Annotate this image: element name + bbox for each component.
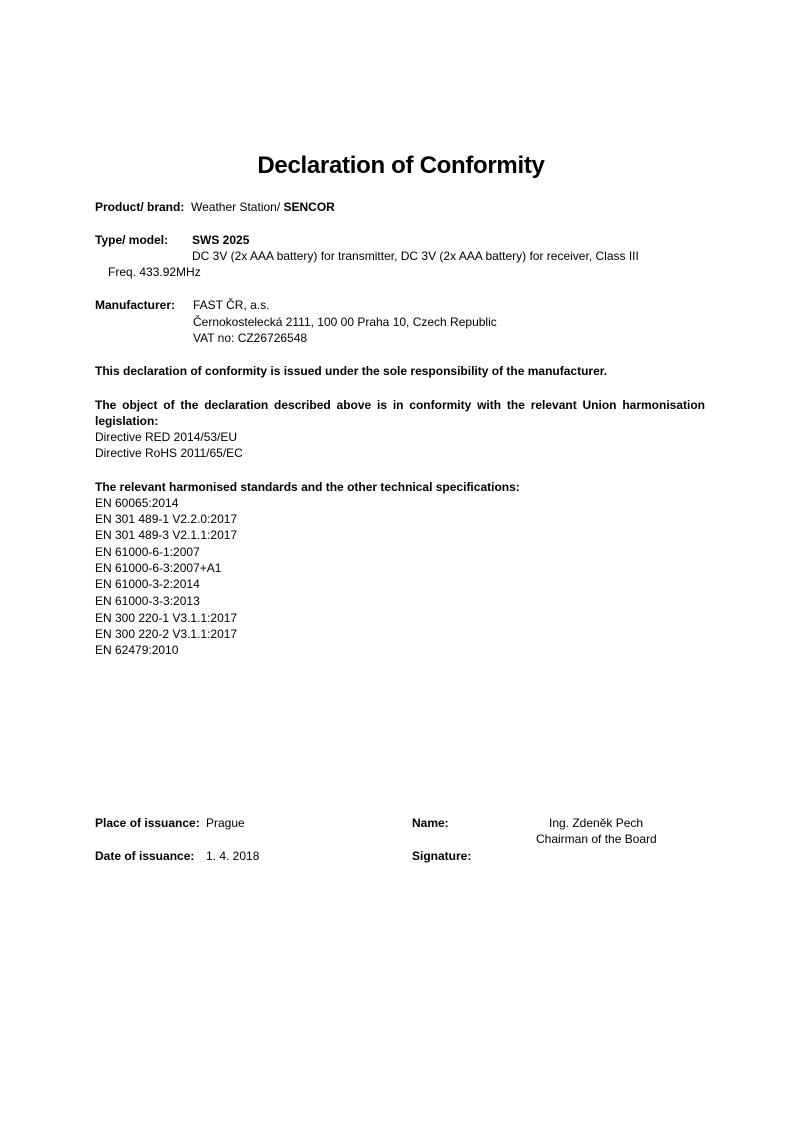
standard-item: EN 61000-6-3:2007+A1	[95, 560, 221, 576]
date-of-issuance-label: Date of issuance:	[95, 848, 194, 864]
standard-item: EN 60065:2014	[95, 495, 178, 511]
manufacturer-address: Černokostelecká 2111, 100 00 Praha 10, C…	[193, 314, 497, 330]
directive-item: Directive RoHS 2011/65/EC	[95, 445, 243, 461]
product-name: Weather Station/	[191, 200, 284, 214]
type-description: DC 3V (2x AAA battery) for transmitter, …	[192, 248, 639, 264]
place-of-issuance-value: Prague	[206, 815, 245, 831]
type-model: SWS 2025	[192, 232, 249, 248]
standard-item: EN 62479:2010	[95, 642, 178, 658]
product-value: Weather Station/ SENCOR	[191, 199, 335, 215]
standard-item: EN 300 220-2 V3.1.1:2017	[95, 626, 237, 642]
standard-item: EN 61000-3-3:2013	[95, 593, 200, 609]
conformity-statement-line2: legislation:	[95, 413, 158, 429]
responsibility-statement: This declaration of conformity is issued…	[95, 363, 607, 379]
conformity-statement-line1: The object of the declaration described …	[95, 397, 705, 413]
manufacturer-label: Manufacturer:	[95, 297, 175, 313]
document-title: Declaration of Conformity	[0, 150, 802, 182]
type-label: Type/ model:	[95, 232, 168, 248]
manufacturer-name: FAST ČR, a.s.	[193, 297, 269, 313]
standard-item: EN 301 489-1 V2.2.0:2017	[95, 511, 237, 527]
place-of-issuance-label: Place of issuance:	[95, 815, 200, 831]
signatory-name: Ing. Zdeněk Pech	[549, 815, 643, 831]
name-label: Name:	[412, 815, 449, 831]
product-brand: SENCOR	[284, 200, 335, 214]
standard-item: EN 61000-6-1:2007	[95, 544, 200, 560]
standard-item: EN 300 220-1 V3.1.1:2017	[95, 610, 237, 626]
signatory-position: Chairman of the Board	[536, 831, 657, 847]
product-label: Product/ brand:	[95, 199, 184, 215]
standard-item: EN 61000-3-2:2014	[95, 576, 200, 592]
date-of-issuance-value: 1. 4. 2018	[206, 848, 259, 864]
manufacturer-vat: VAT no: CZ26726548	[193, 330, 307, 346]
signature-label: Signature:	[412, 848, 471, 864]
directive-item: Directive RED 2014/53/EU	[95, 429, 237, 445]
standard-item: EN 301 489-3 V2.1.1:2017	[95, 527, 237, 543]
standards-heading: The relevant harmonised standards and th…	[95, 479, 520, 495]
type-frequency: Freq. 433.92MHz	[108, 264, 201, 280]
